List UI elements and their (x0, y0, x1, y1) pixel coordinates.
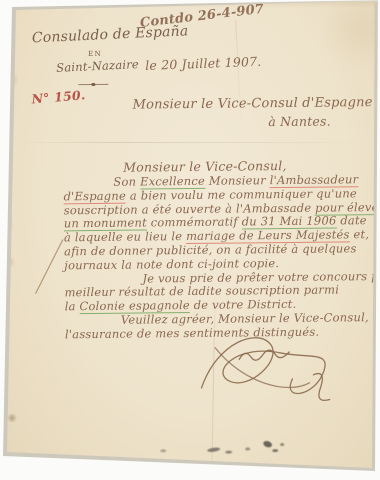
letterhead-title: Consulado de España (32, 23, 189, 46)
body-text: Monsieur (205, 173, 270, 188)
body-text: de votre District. (190, 297, 297, 312)
salutation: Monsieur le Vice-Consul, (123, 158, 287, 175)
body-text: Son (113, 175, 140, 189)
letterhead-ornament-rule (78, 83, 108, 86)
letter-paper: Contdo 26-4-907 Consulado de España EN S… (0, 0, 380, 480)
addressee-line: Monsieur le Vice-Consul d'Espagne (132, 95, 372, 113)
letterhead-city: Saint-Nazaire (56, 57, 139, 75)
reference-number: N° 150. (31, 87, 86, 106)
margin-pencil-slash (33, 237, 66, 295)
scanned-letter: Contdo 26-4-907 Consulado de España EN S… (0, 0, 380, 480)
letter-content: Contdo 26-4-907 Consulado de España EN S… (0, 0, 380, 480)
body-text: Je vous prie de prêter votre concours po… (142, 268, 380, 285)
letter-body: Son Excellence Monsieur l'Ambassadeurd'E… (63, 173, 380, 342)
body-text: et, (350, 227, 370, 241)
dateline: le 20 Juillet 1907. (145, 54, 262, 73)
letterhead-en: EN (88, 50, 102, 58)
body-text: date (336, 214, 366, 228)
body-text: à laquelle eu lieu le (64, 229, 186, 244)
addressee-block: Monsieur le Vice-Consul d'Espagne à Nant… (132, 95, 372, 131)
body-text: la (65, 299, 80, 313)
addressee-city: à Nantes. (133, 113, 373, 131)
signature-flourish (191, 324, 338, 408)
body-text: commémoratif (147, 215, 242, 230)
